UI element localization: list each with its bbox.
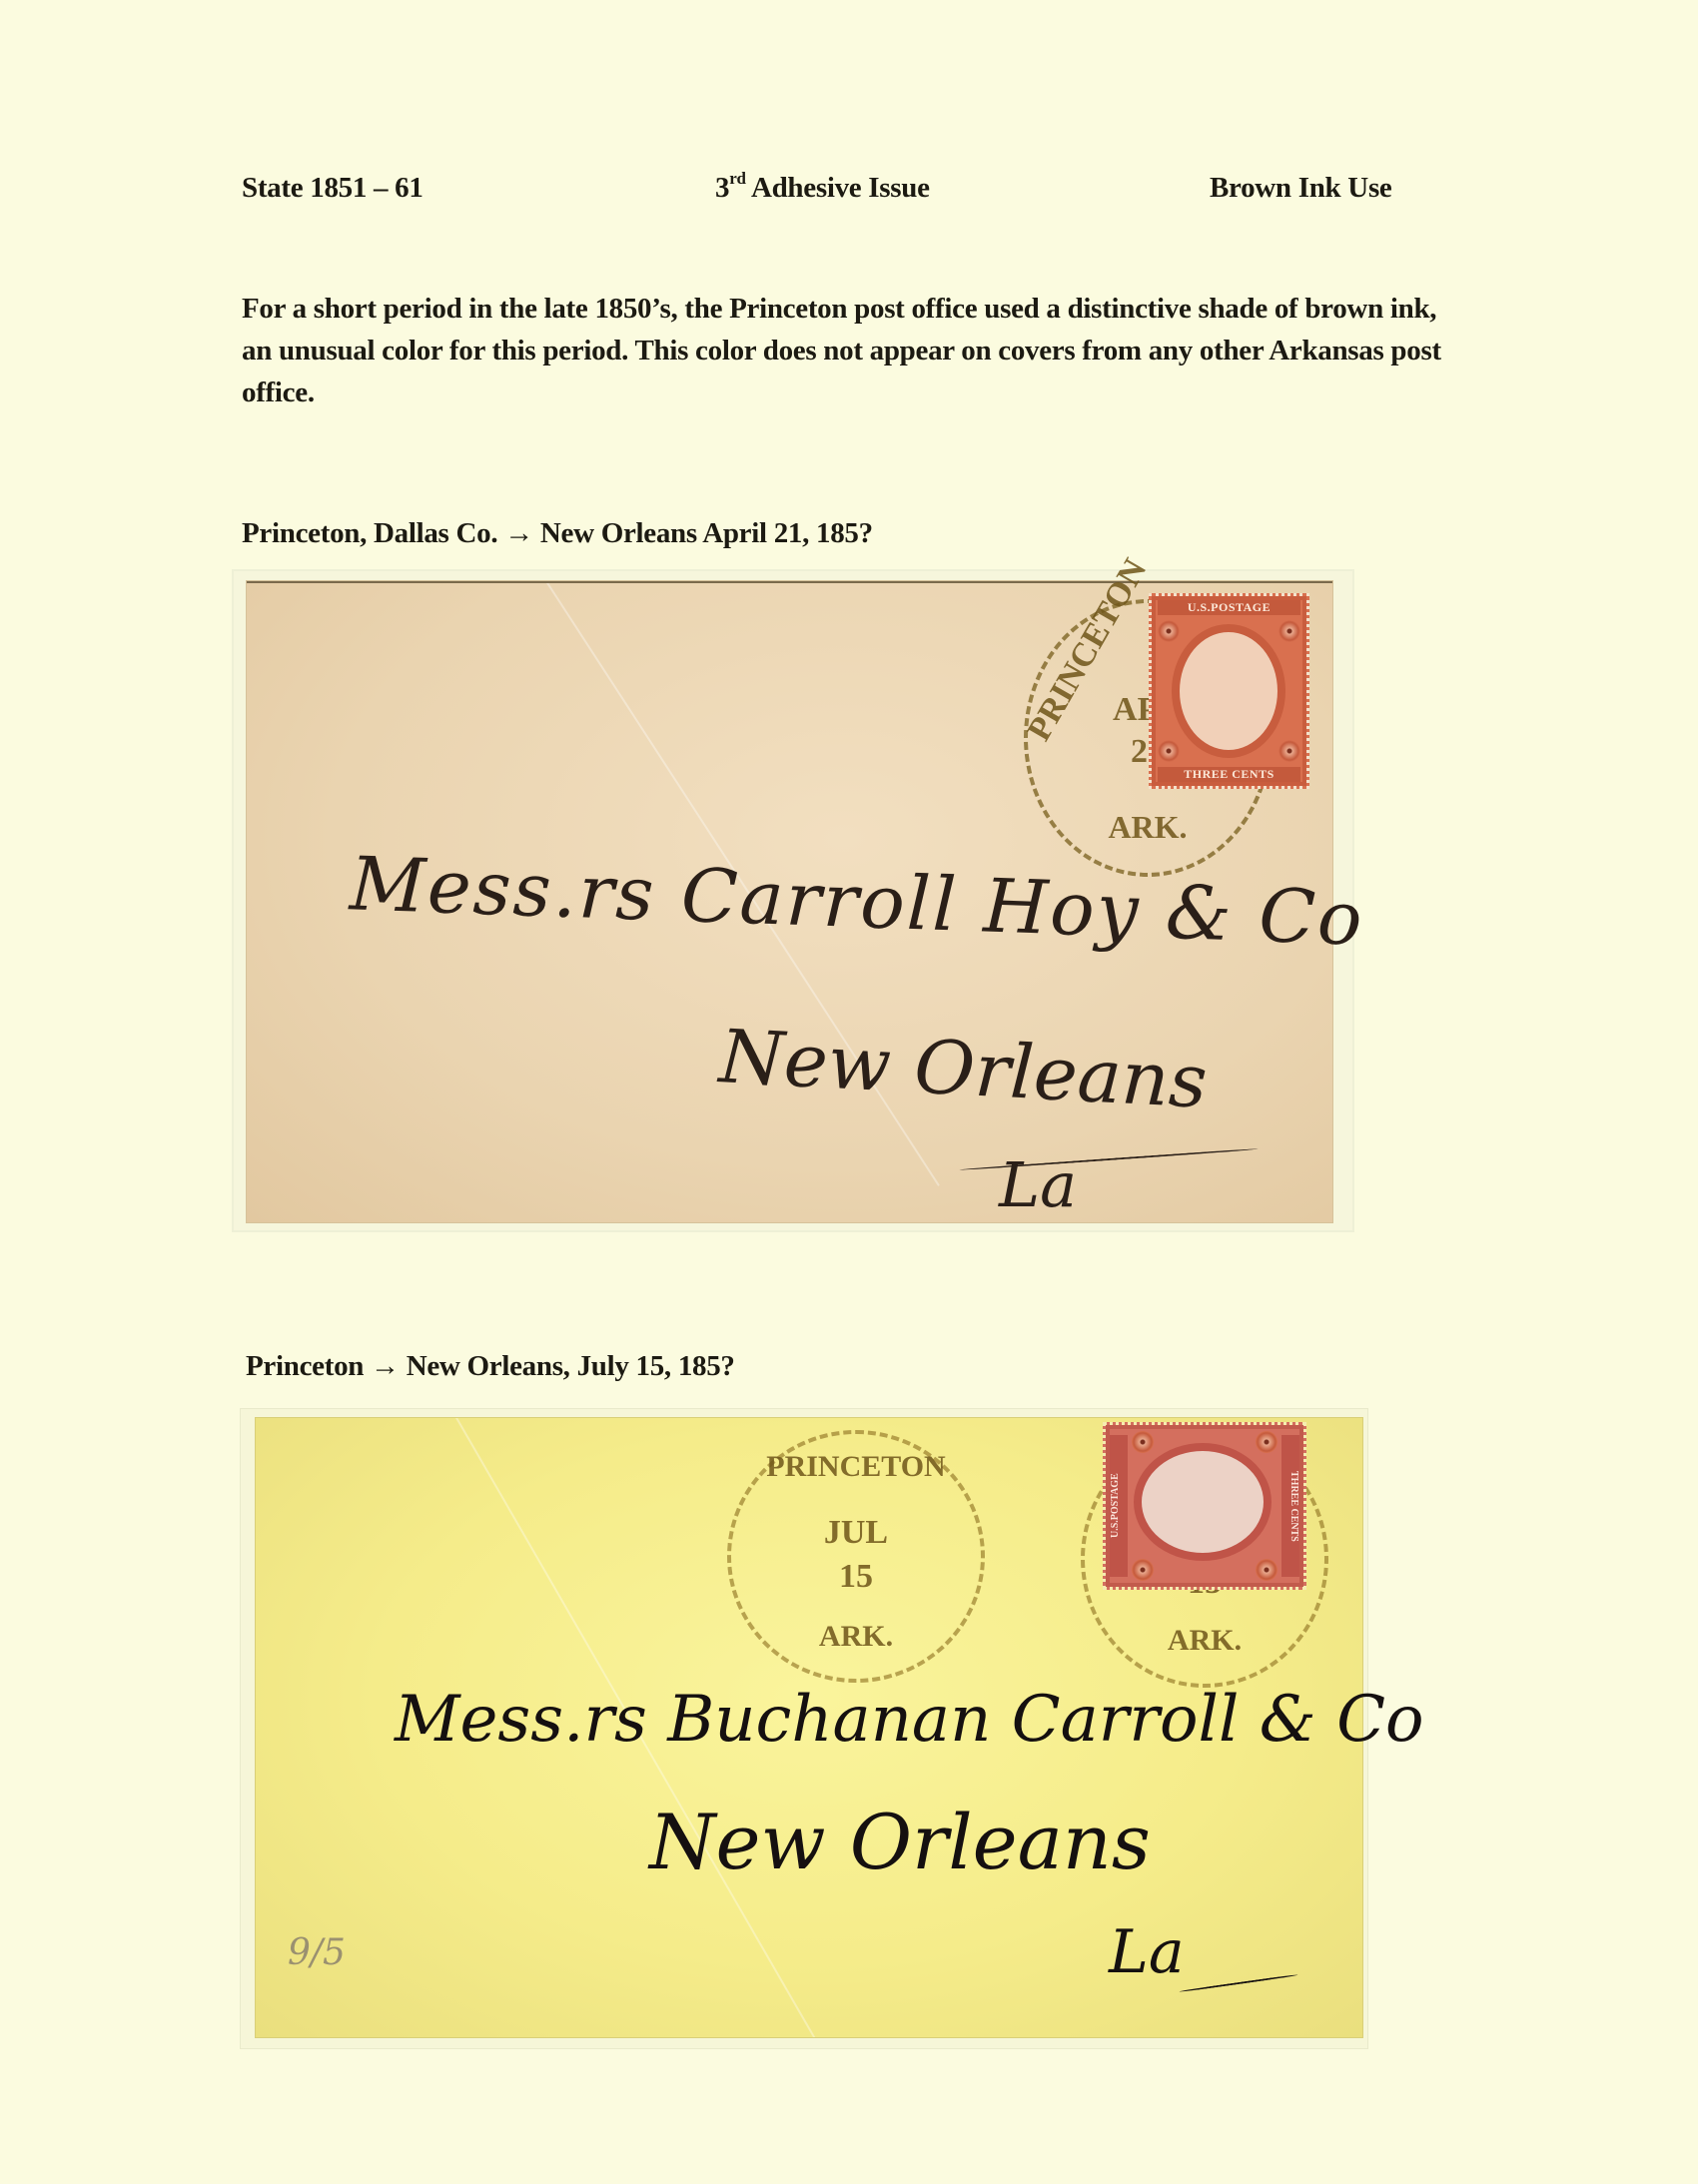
stamp-top-label: U.S.POSTAGE	[1158, 600, 1300, 615]
intro-paragraph: For a short period in the late 1850’s, t…	[242, 288, 1470, 413]
postmark-town: PRINCETON	[731, 1450, 981, 1484]
header-topic: Brown Ink Use	[1210, 172, 1392, 205]
cover-2-pencil-note: 9/5	[288, 1932, 346, 1973]
washington-portrait	[1134, 1443, 1272, 1561]
issue-number: 3	[715, 172, 729, 204]
header-issue: 3rd Adhesive Issue	[715, 172, 930, 205]
cover-1-stamp: U.S.POSTAGE THREE CENTS	[1149, 593, 1309, 789]
issue-text: Adhesive Issue	[746, 172, 930, 204]
postmark-state: ARK.	[731, 1620, 981, 1654]
cover-2-postmark-left: PRINCETON JUL 15 ARK.	[727, 1430, 985, 1683]
rosette-icon	[1132, 1559, 1154, 1581]
issue-ordinal: rd	[729, 169, 745, 188]
rosette-icon	[1158, 620, 1180, 642]
header-state-years: State 1851 – 61	[242, 172, 424, 205]
stamp-right-label: THREE CENTS	[1281, 1435, 1299, 1577]
rosette-icon	[1256, 1431, 1277, 1453]
rosette-icon	[1158, 740, 1180, 762]
cover-2-stamp: U.S.POSTAGE THREE CENTS	[1103, 1422, 1306, 1590]
postmark-day: 15	[731, 1558, 981, 1596]
cover-2-address-line-1: Mess.rs Buchanan Carroll & Co	[395, 1683, 1424, 1757]
cover-2-caption: Princeton → New Orleans, July 15, 185?	[246, 1350, 735, 1383]
postmark-state: ARK.	[1028, 809, 1268, 846]
cover-1-caption: Princeton, Dallas Co. → New Orleans Apri…	[242, 517, 873, 550]
cover-1-address-line-3: La	[999, 1148, 1077, 1221]
postmark-month: JUL	[731, 1514, 981, 1552]
rosette-icon	[1256, 1559, 1277, 1581]
stamp-bottom-label: THREE CENTS	[1158, 767, 1300, 782]
cover-2-address-line-3: La	[1109, 1917, 1185, 1987]
rosette-icon	[1278, 620, 1300, 642]
washington-portrait	[1172, 624, 1285, 758]
cover-2-address-line-2: New Orleans	[649, 1798, 1151, 1886]
rosette-icon	[1132, 1431, 1154, 1453]
postmark-state: ARK.	[1085, 1624, 1324, 1658]
stamp-left-label: U.S.POSTAGE	[1110, 1435, 1128, 1577]
rosette-icon	[1278, 740, 1300, 762]
